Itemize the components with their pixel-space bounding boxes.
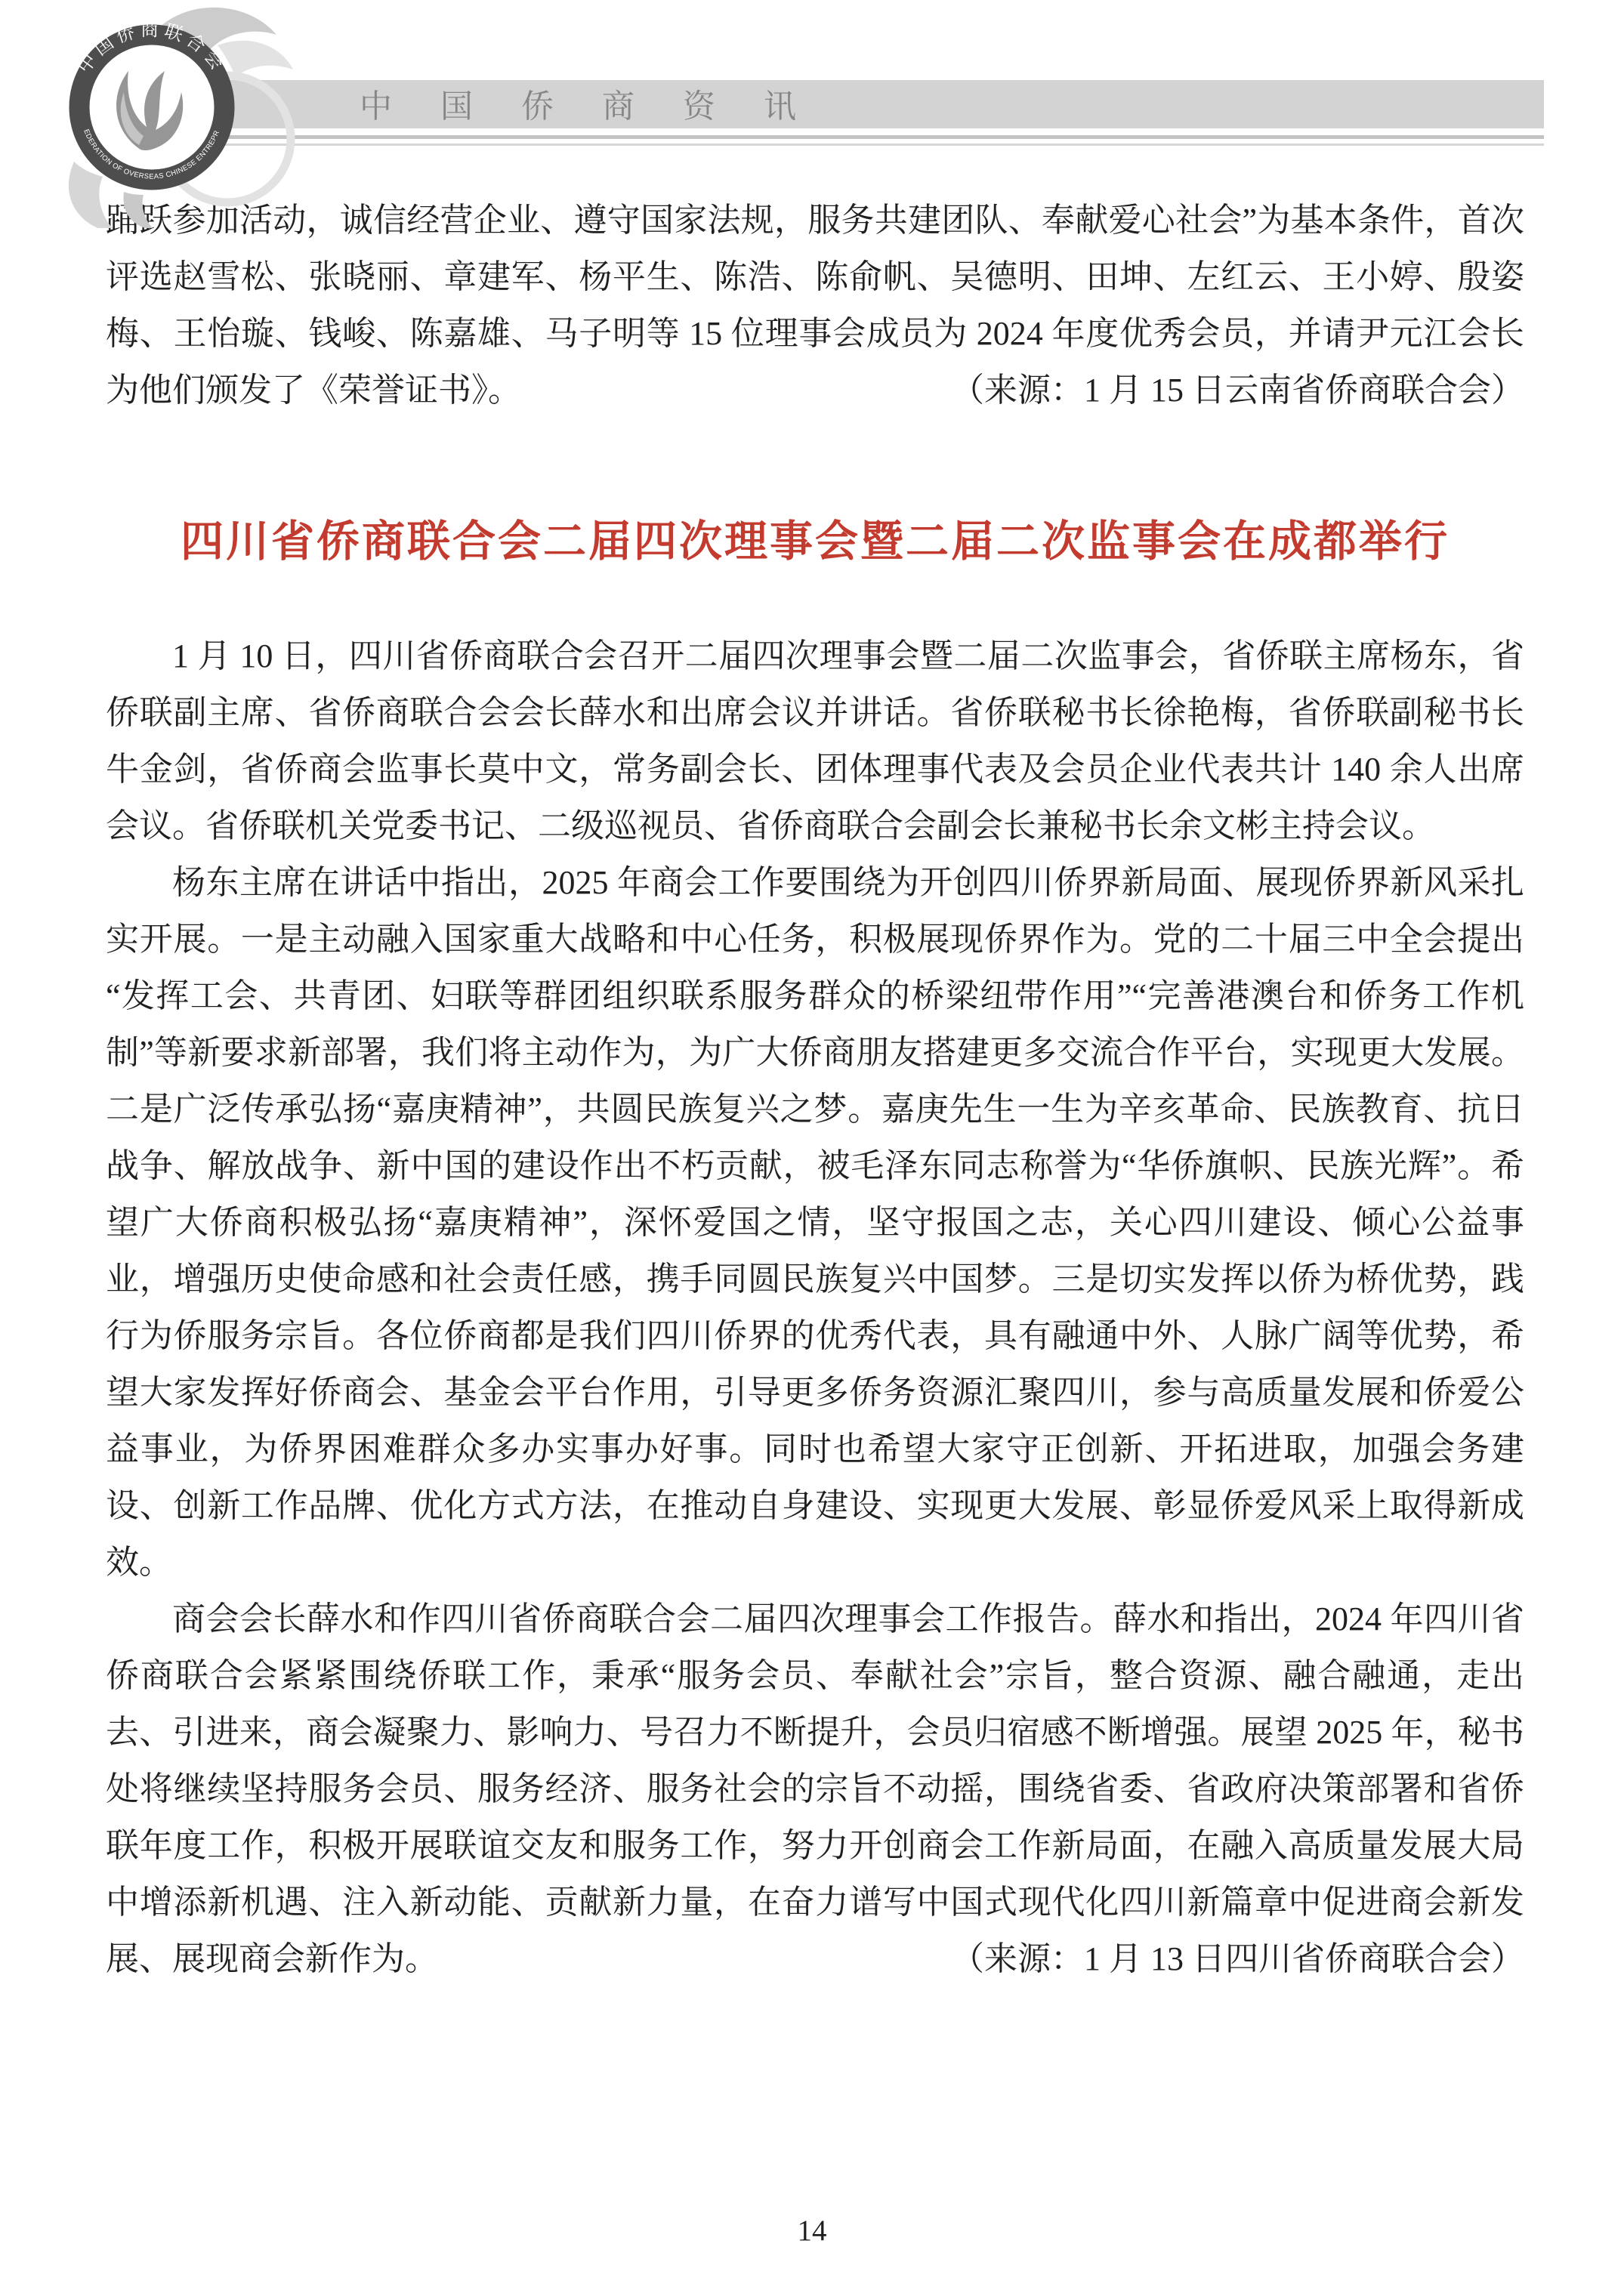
article-paragraph-1: 1 月 10 日，四川省侨商联合会召开二届四次理事会暨二届二次监事会，省侨联主席…	[106, 628, 1524, 854]
cfoce-logo-svg: 中国侨商联合会 CHINA FEDERATION OF OVERSEAS CHI…	[27, 2, 310, 228]
document-page: 中国侨商资讯 中国侨商联合会 CHINA FEDERATI	[0, 0, 1624, 2293]
masthead-title: 中国侨商资讯	[360, 82, 844, 128]
article-title: 四川省侨商联合会二届四次理事会暨二届二次监事会在成都举行	[106, 508, 1524, 576]
closing-text: 商会会长薛水和作四川省侨商联合会二届四次理事会工作报告。薛水和指出，2024 年…	[106, 1600, 1524, 1977]
logo-petal-bottom-small	[123, 192, 154, 228]
continuation-paragraph: 踊跃参加活动，诚信经营企业、遵守国家法规，服务共建团队、奉献爱心社会”为基本条件…	[106, 192, 1524, 418]
article-paragraph-2: 杨东主席在讲话中指出，2025 年商会工作要围绕为开创四川侨界新局面、展现侨界新…	[106, 854, 1524, 1591]
cfoce-logo-icon: 中国侨商联合会 CHINA FEDERATION OF OVERSEAS CHI…	[27, 2, 310, 228]
page-content: 踊跃参加活动，诚信经营企业、遵守国家法规，服务共建团队、奉献爱心社会”为基本条件…	[106, 192, 1524, 1987]
source-attribution-sichuan: （来源：1 月 13 日四川省侨商联合会）	[885, 1930, 1524, 1987]
page-number: 14	[0, 2214, 1624, 2248]
source-attribution-yunnan: （来源：1 月 15 日云南省侨商联合会）	[951, 362, 1524, 418]
article-closing-paragraph: 商会会长薛水和作四川省侨商联合会二届四次理事会工作报告。薛水和指出，2024 年…	[106, 1591, 1524, 1987]
